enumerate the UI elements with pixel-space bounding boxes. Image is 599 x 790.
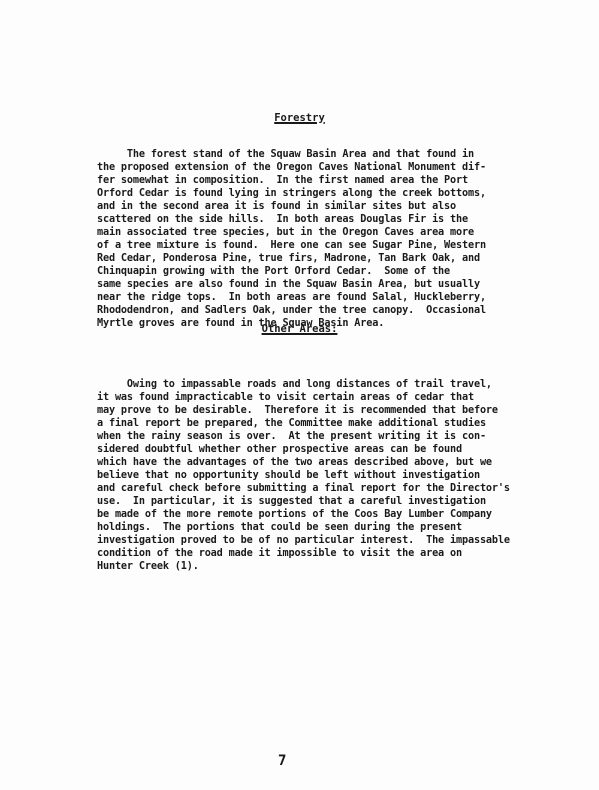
text-line: the proposed extension of the Oregon Cav… <box>97 161 527 174</box>
paragraph-other-areas: Owing to impassable roads and long dista… <box>97 378 527 573</box>
paragraph-forestry: The forest stand of the Squaw Basin Area… <box>97 148 527 330</box>
text-line: near the ridge tops. In both areas are f… <box>97 291 527 304</box>
text-line: main associated tree species, but in the… <box>97 226 527 239</box>
text-line: use. In particular, it is suggested that… <box>97 495 527 508</box>
text-line: holdings. The portions that could be see… <box>97 521 527 534</box>
section-heading-other-areas: Other Areas: <box>0 323 599 335</box>
text-line: fer somewhat in composition. In the firs… <box>97 174 527 187</box>
text-line: a final report be prepared, the Committe… <box>97 417 527 430</box>
text-line: condition of the road made it impossible… <box>97 547 527 560</box>
text-line: sidered doubtful whether other prospecti… <box>97 443 527 456</box>
text-line: when the rainy season is over. At the pr… <box>97 430 527 443</box>
section-heading-forestry: Forestry <box>0 112 599 124</box>
text-line: it was found impracticable to visit cert… <box>97 391 527 404</box>
text-line: be made of the more remote portions of t… <box>97 508 527 521</box>
text-line: and careful check before submitting a fi… <box>97 482 527 495</box>
text-line: and in the second area it is found in si… <box>97 200 527 213</box>
text-line: investigation proved to be of no particu… <box>97 534 527 547</box>
text-line: Rhododendron, and Sadlers Oak, under the… <box>97 304 527 317</box>
text-line: of a tree mixture is found. Here one can… <box>97 239 527 252</box>
text-line: Chinquapin growing with the Port Orford … <box>97 265 527 278</box>
text-line: Owing to impassable roads and long dista… <box>97 378 527 391</box>
text-line: may prove to be desirable. Therefore it … <box>97 404 527 417</box>
text-line: The forest stand of the Squaw Basin Area… <box>97 148 527 161</box>
text-line: same species are also found in the Squaw… <box>97 278 527 291</box>
text-line: scattered on the side hills. In both are… <box>97 213 527 226</box>
text-line: believe that no opportunity should be le… <box>97 469 527 482</box>
text-line: Hunter Creek (1). <box>97 560 527 573</box>
text-line: Orford Cedar is found lying in stringers… <box>97 187 527 200</box>
text-line: Red Cedar, Ponderosa Pine, true firs, Ma… <box>97 252 527 265</box>
document-page: Forestry The forest stand of the Squaw B… <box>0 0 599 790</box>
text-line: which have the advantages of the two are… <box>97 456 527 469</box>
page-number: 7 <box>278 753 286 769</box>
